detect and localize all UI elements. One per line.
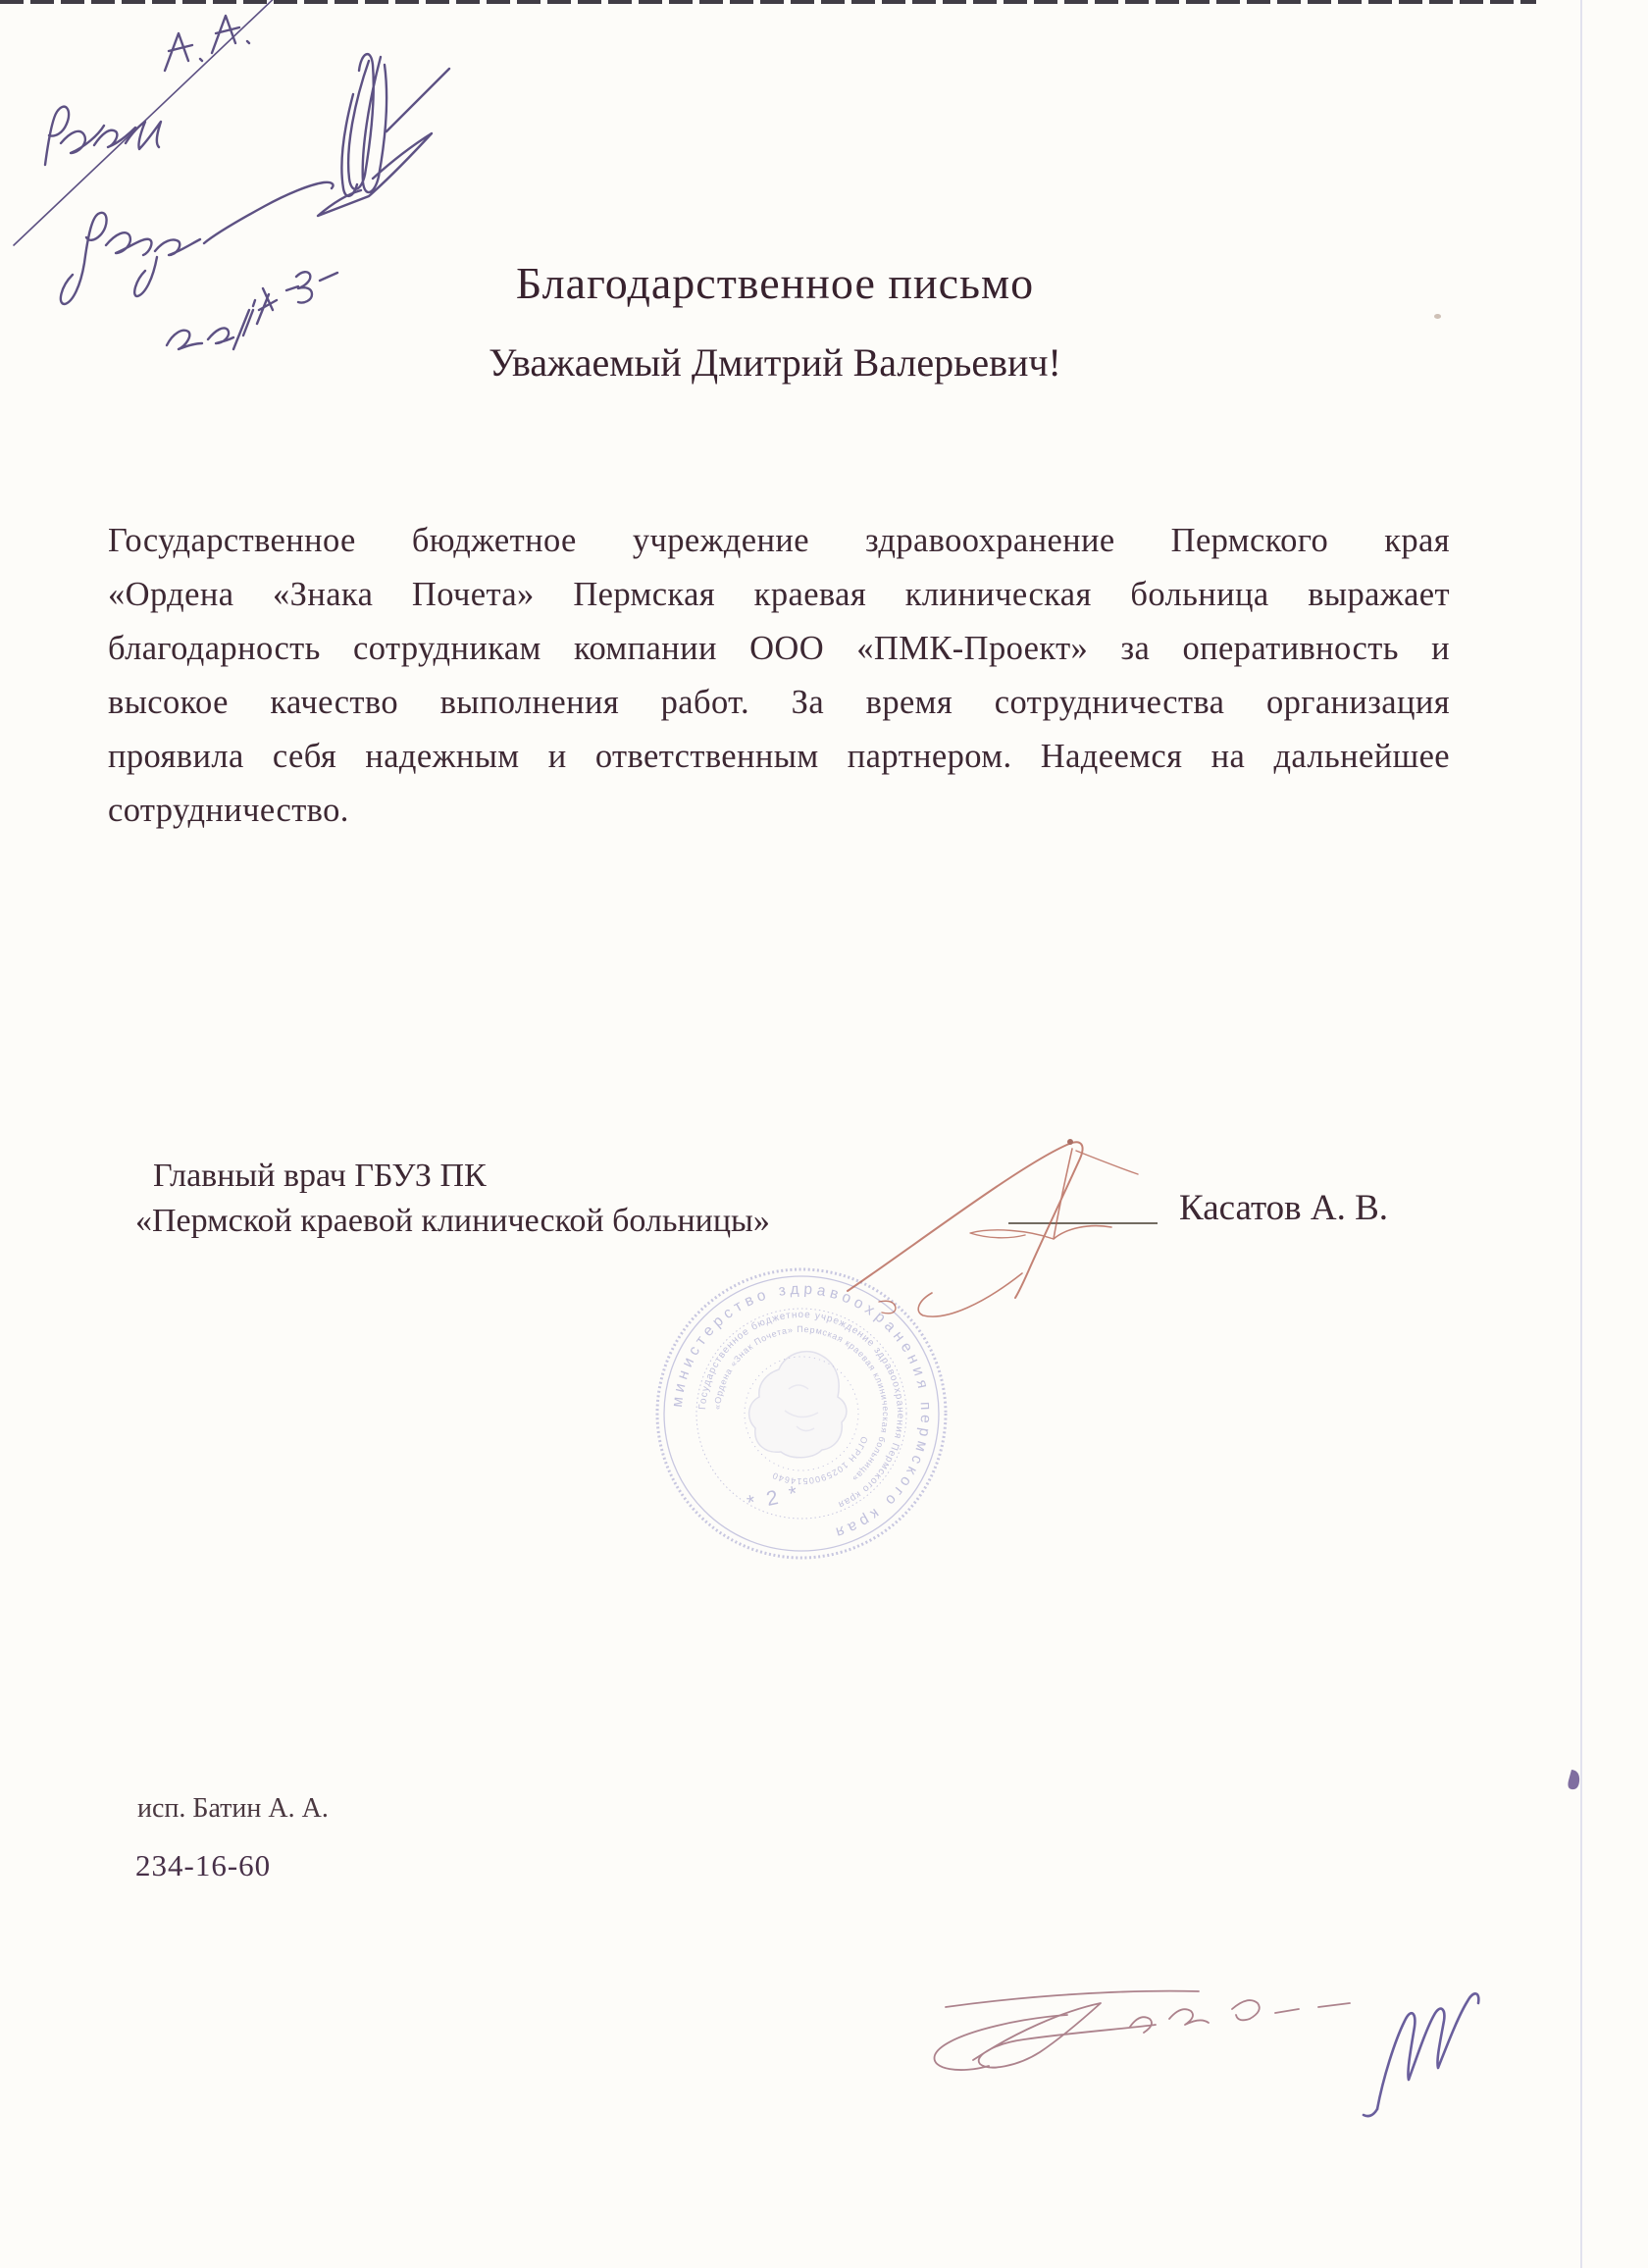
signature-line	[1008, 1222, 1158, 1224]
signature-stroke	[946, 1991, 1199, 2007]
handwritten-note-signature	[318, 54, 449, 216]
handwritten-addressee	[45, 107, 161, 165]
letter-salutation: Уважаемый Дмитрий Валерьевич!	[49, 339, 1501, 386]
letter-body: Государственное бюджетное учреждение здр…	[108, 514, 1450, 838]
signature-stroke	[973, 2003, 1156, 2068]
official-seal: министерство здравоохранения пермского к…	[653, 1263, 950, 1564]
signer-role-line2: «Пермской краевой клинической больницы»	[135, 1203, 770, 1240]
handwritten-signature-blue	[1364, 1993, 1478, 2116]
scanner-edge-artifact-top	[0, 0, 1536, 4]
body-line: проявила себя надежным и ответственным п…	[108, 730, 1450, 784]
body-line: благодарность сотрудникам компании ООО «…	[108, 622, 1450, 676]
ink-mark	[1568, 1770, 1579, 1789]
body-line: «Ордена «Знака Почета» Пермская краевая …	[108, 568, 1450, 622]
signature-stroke	[1076, 1151, 1138, 1174]
signature-ink-dot	[1067, 1139, 1073, 1145]
seal-bear-emblem	[749, 1352, 847, 1458]
signature-stroke	[1377, 1993, 1478, 2109]
signature-stroke	[1364, 2109, 1377, 2116]
scanned-letter-page: Благодарственное письмо Уважаемый Дмитри…	[0, 0, 1648, 2268]
signature-stroke	[970, 1230, 1054, 1239]
signer-name: Касатов А. В.	[1179, 1187, 1388, 1229]
handwritten-signature-maroon	[934, 1991, 1350, 2070]
letter-title: Благодарственное письмо	[49, 257, 1501, 309]
body-line: высокое качество выполнения работ. За вр…	[108, 676, 1450, 730]
handwritten-stroke	[14, 0, 281, 245]
scanner-edge-artifact-right	[1580, 0, 1582, 2268]
signature-stroke	[1054, 1149, 1111, 1239]
executor-note: исп. Батин А. А.	[137, 1793, 329, 1825]
signature-stroke	[934, 2015, 1067, 2070]
contact-phone: 234-16-60	[135, 1848, 271, 1883]
paper-speck	[1434, 314, 1441, 319]
body-line: Государственное бюджетное учреждение здр…	[108, 514, 1450, 568]
signature-stroke	[1130, 2000, 1350, 2033]
signer-role-line1: Главный врач ГБУЗ ПК	[153, 1158, 487, 1195]
seal-center-number: * 2 *	[746, 1481, 802, 1515]
body-line: сотрудничество.	[108, 784, 1450, 838]
handwritten-initials	[165, 16, 249, 71]
